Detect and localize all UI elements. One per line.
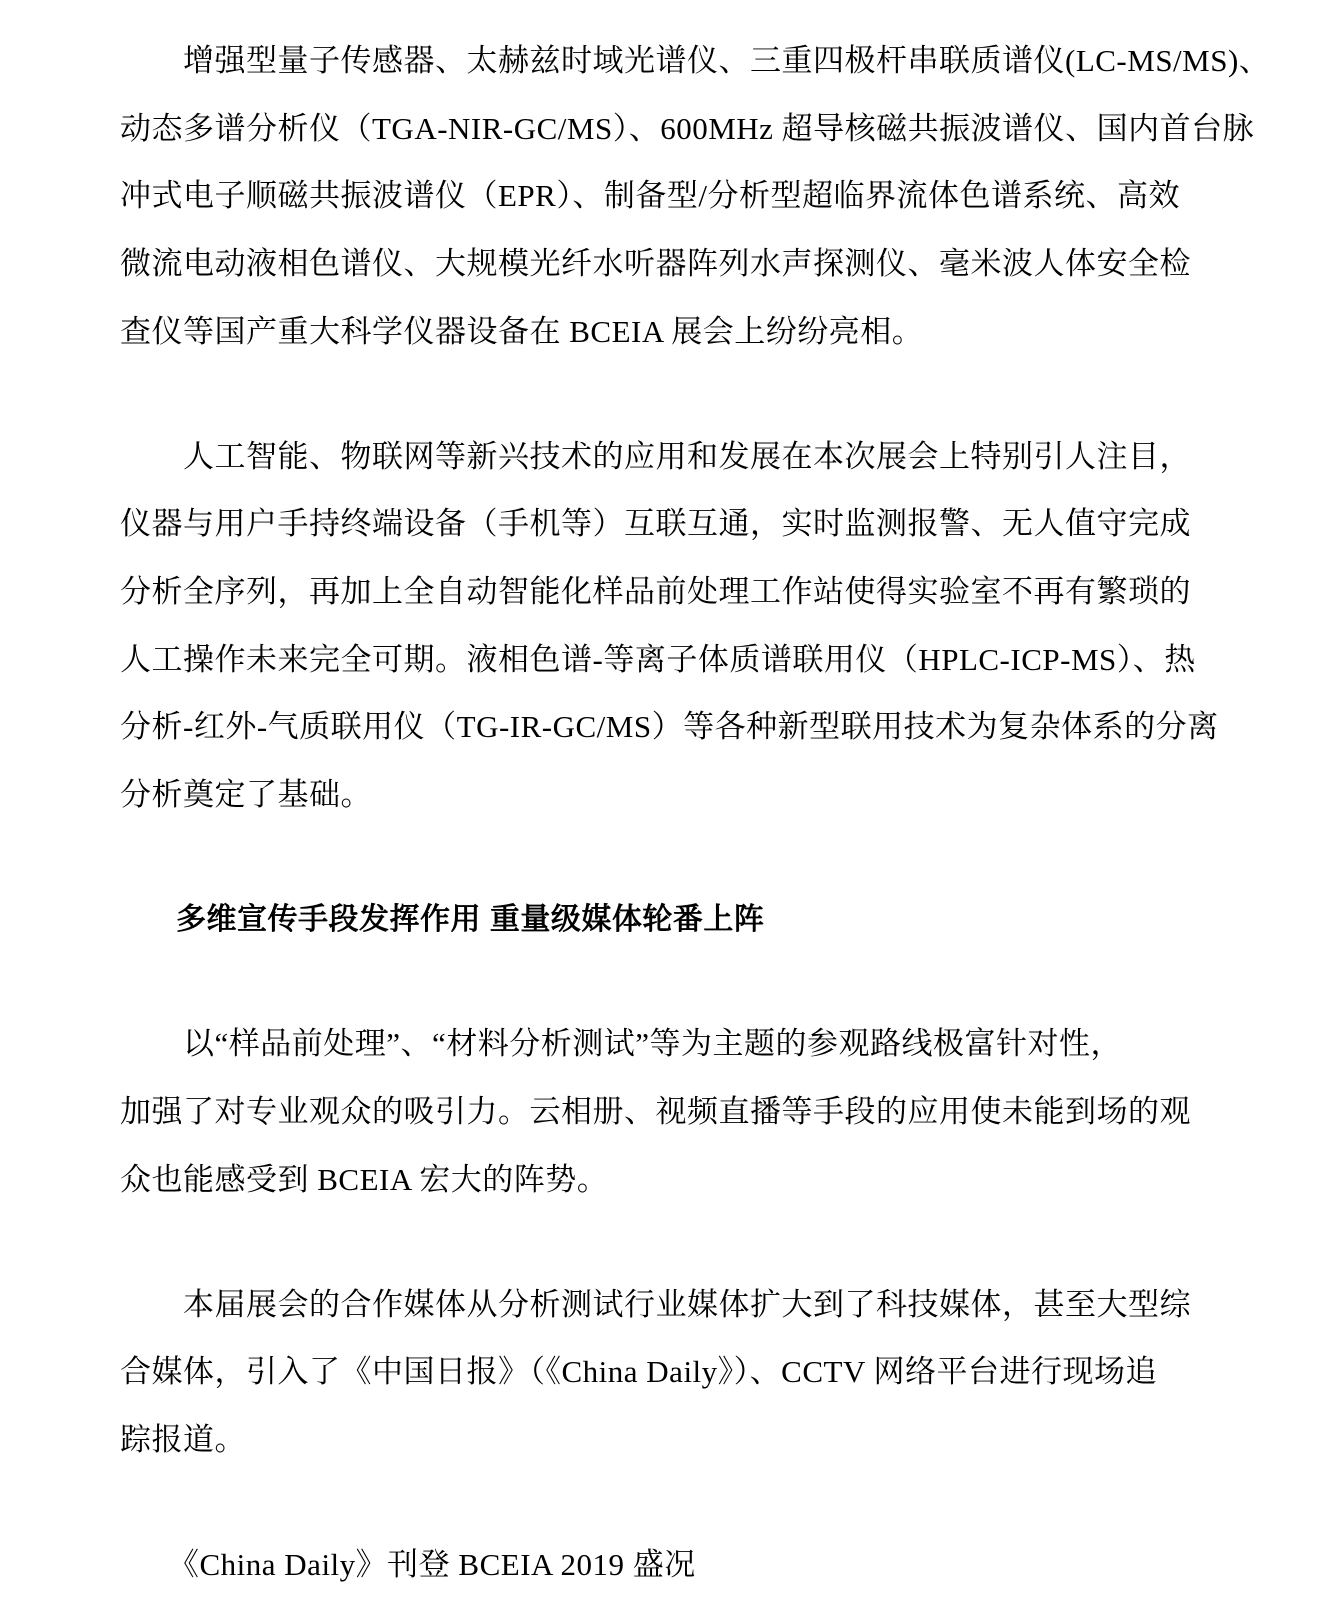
text-line: 查仪等国产重大科学仪器设备在 BCEIA 展会上纷纷亮相。 bbox=[120, 298, 1205, 366]
text-line: 动态多谱分析仪（TGA-NIR-GC/MS）、600MHz 超导核磁共振波谱仪、… bbox=[120, 95, 1205, 163]
document-page: 增强型量子传感器、太赫兹时域光谱仪、三重四极杆串联质谱仪(LC-MS/MS)、 … bbox=[0, 0, 1323, 1609]
text-line: 微流电动液相色谱仪、大规模光纤水听器阵列水声探测仪、毫米波人体安全检 bbox=[120, 230, 1205, 298]
text-line: 踪报道。 bbox=[120, 1406, 1205, 1474]
section-heading-media: 多维宣传手段发挥作用 重量级媒体轮番上阵 bbox=[120, 886, 1205, 954]
document-content: 增强型量子传感器、太赫兹时域光谱仪、三重四极杆串联质谱仪(LC-MS/MS)、 … bbox=[0, 0, 1323, 1598]
text-line: 以“样品前处理”、“材料分析测试”等为主题的参观路线极富针对性， bbox=[120, 1010, 1205, 1078]
text-line: 增强型量子传感器、太赫兹时域光谱仪、三重四极杆串联质谱仪(LC-MS/MS)、 bbox=[120, 27, 1205, 95]
paragraph-ai-iot: 人工智能、物联网等新兴技术的应用和发展在本次展会上特别引人注目， 仪器与用户手持… bbox=[120, 423, 1205, 829]
figure-caption-china-daily: 《China Daily》刊登 BCEIA 2019 盛况 bbox=[120, 1531, 1205, 1599]
text-line: 本届展会的合作媒体从分析测试行业媒体扩大到了科技媒体，甚至大型综 bbox=[120, 1271, 1205, 1339]
paragraph-domestic-instruments: 增强型量子传感器、太赫兹时域光谱仪、三重四极杆串联质谱仪(LC-MS/MS)、 … bbox=[120, 27, 1205, 366]
text-line: 冲式电子顺磁共振波谱仪（EPR）、制备型/分析型超临界流体色谱系统、高效 bbox=[120, 162, 1205, 230]
text-line: 加强了对专业观众的吸引力。云相册、视频直播等手段的应用使未能到场的观 bbox=[120, 1078, 1205, 1146]
heading-line: 多维宣传手段发挥作用 重量级媒体轮番上阵 bbox=[120, 886, 1205, 954]
paragraph-media-coverage: 本届展会的合作媒体从分析测试行业媒体扩大到了科技媒体，甚至大型综 合媒体，引入了… bbox=[120, 1271, 1205, 1474]
text-line: 众也能感受到 BCEIA 宏大的阵势。 bbox=[120, 1146, 1205, 1214]
text-line: 分析-红外-气质联用仪（TG-IR-GC/MS）等各种新型联用技术为复杂体系的分… bbox=[120, 693, 1205, 761]
caption-line: 《China Daily》刊登 BCEIA 2019 盛况 bbox=[120, 1531, 1205, 1599]
text-line: 分析全序列，再加上全自动智能化样品前处理工作站使得实验室不再有繁琐的 bbox=[120, 558, 1205, 626]
text-line: 仪器与用户手持终端设备（手机等）互联互通，实时监测报警、无人值守完成 bbox=[120, 490, 1205, 558]
text-line: 合媒体，引入了《中国日报》（《China Daily》）、CCTV 网络平台进行… bbox=[120, 1338, 1205, 1406]
text-line: 人工智能、物联网等新兴技术的应用和发展在本次展会上特别引人注目， bbox=[120, 423, 1205, 491]
text-line: 分析奠定了基础。 bbox=[120, 761, 1205, 829]
paragraph-tour-routes: 以“样品前处理”、“材料分析测试”等为主题的参观路线极富针对性， 加强了对专业观… bbox=[120, 1010, 1205, 1213]
text-line: 人工操作未来完全可期。液相色谱-等离子体质谱联用仪（HPLC-ICP-MS）、热 bbox=[120, 626, 1205, 694]
